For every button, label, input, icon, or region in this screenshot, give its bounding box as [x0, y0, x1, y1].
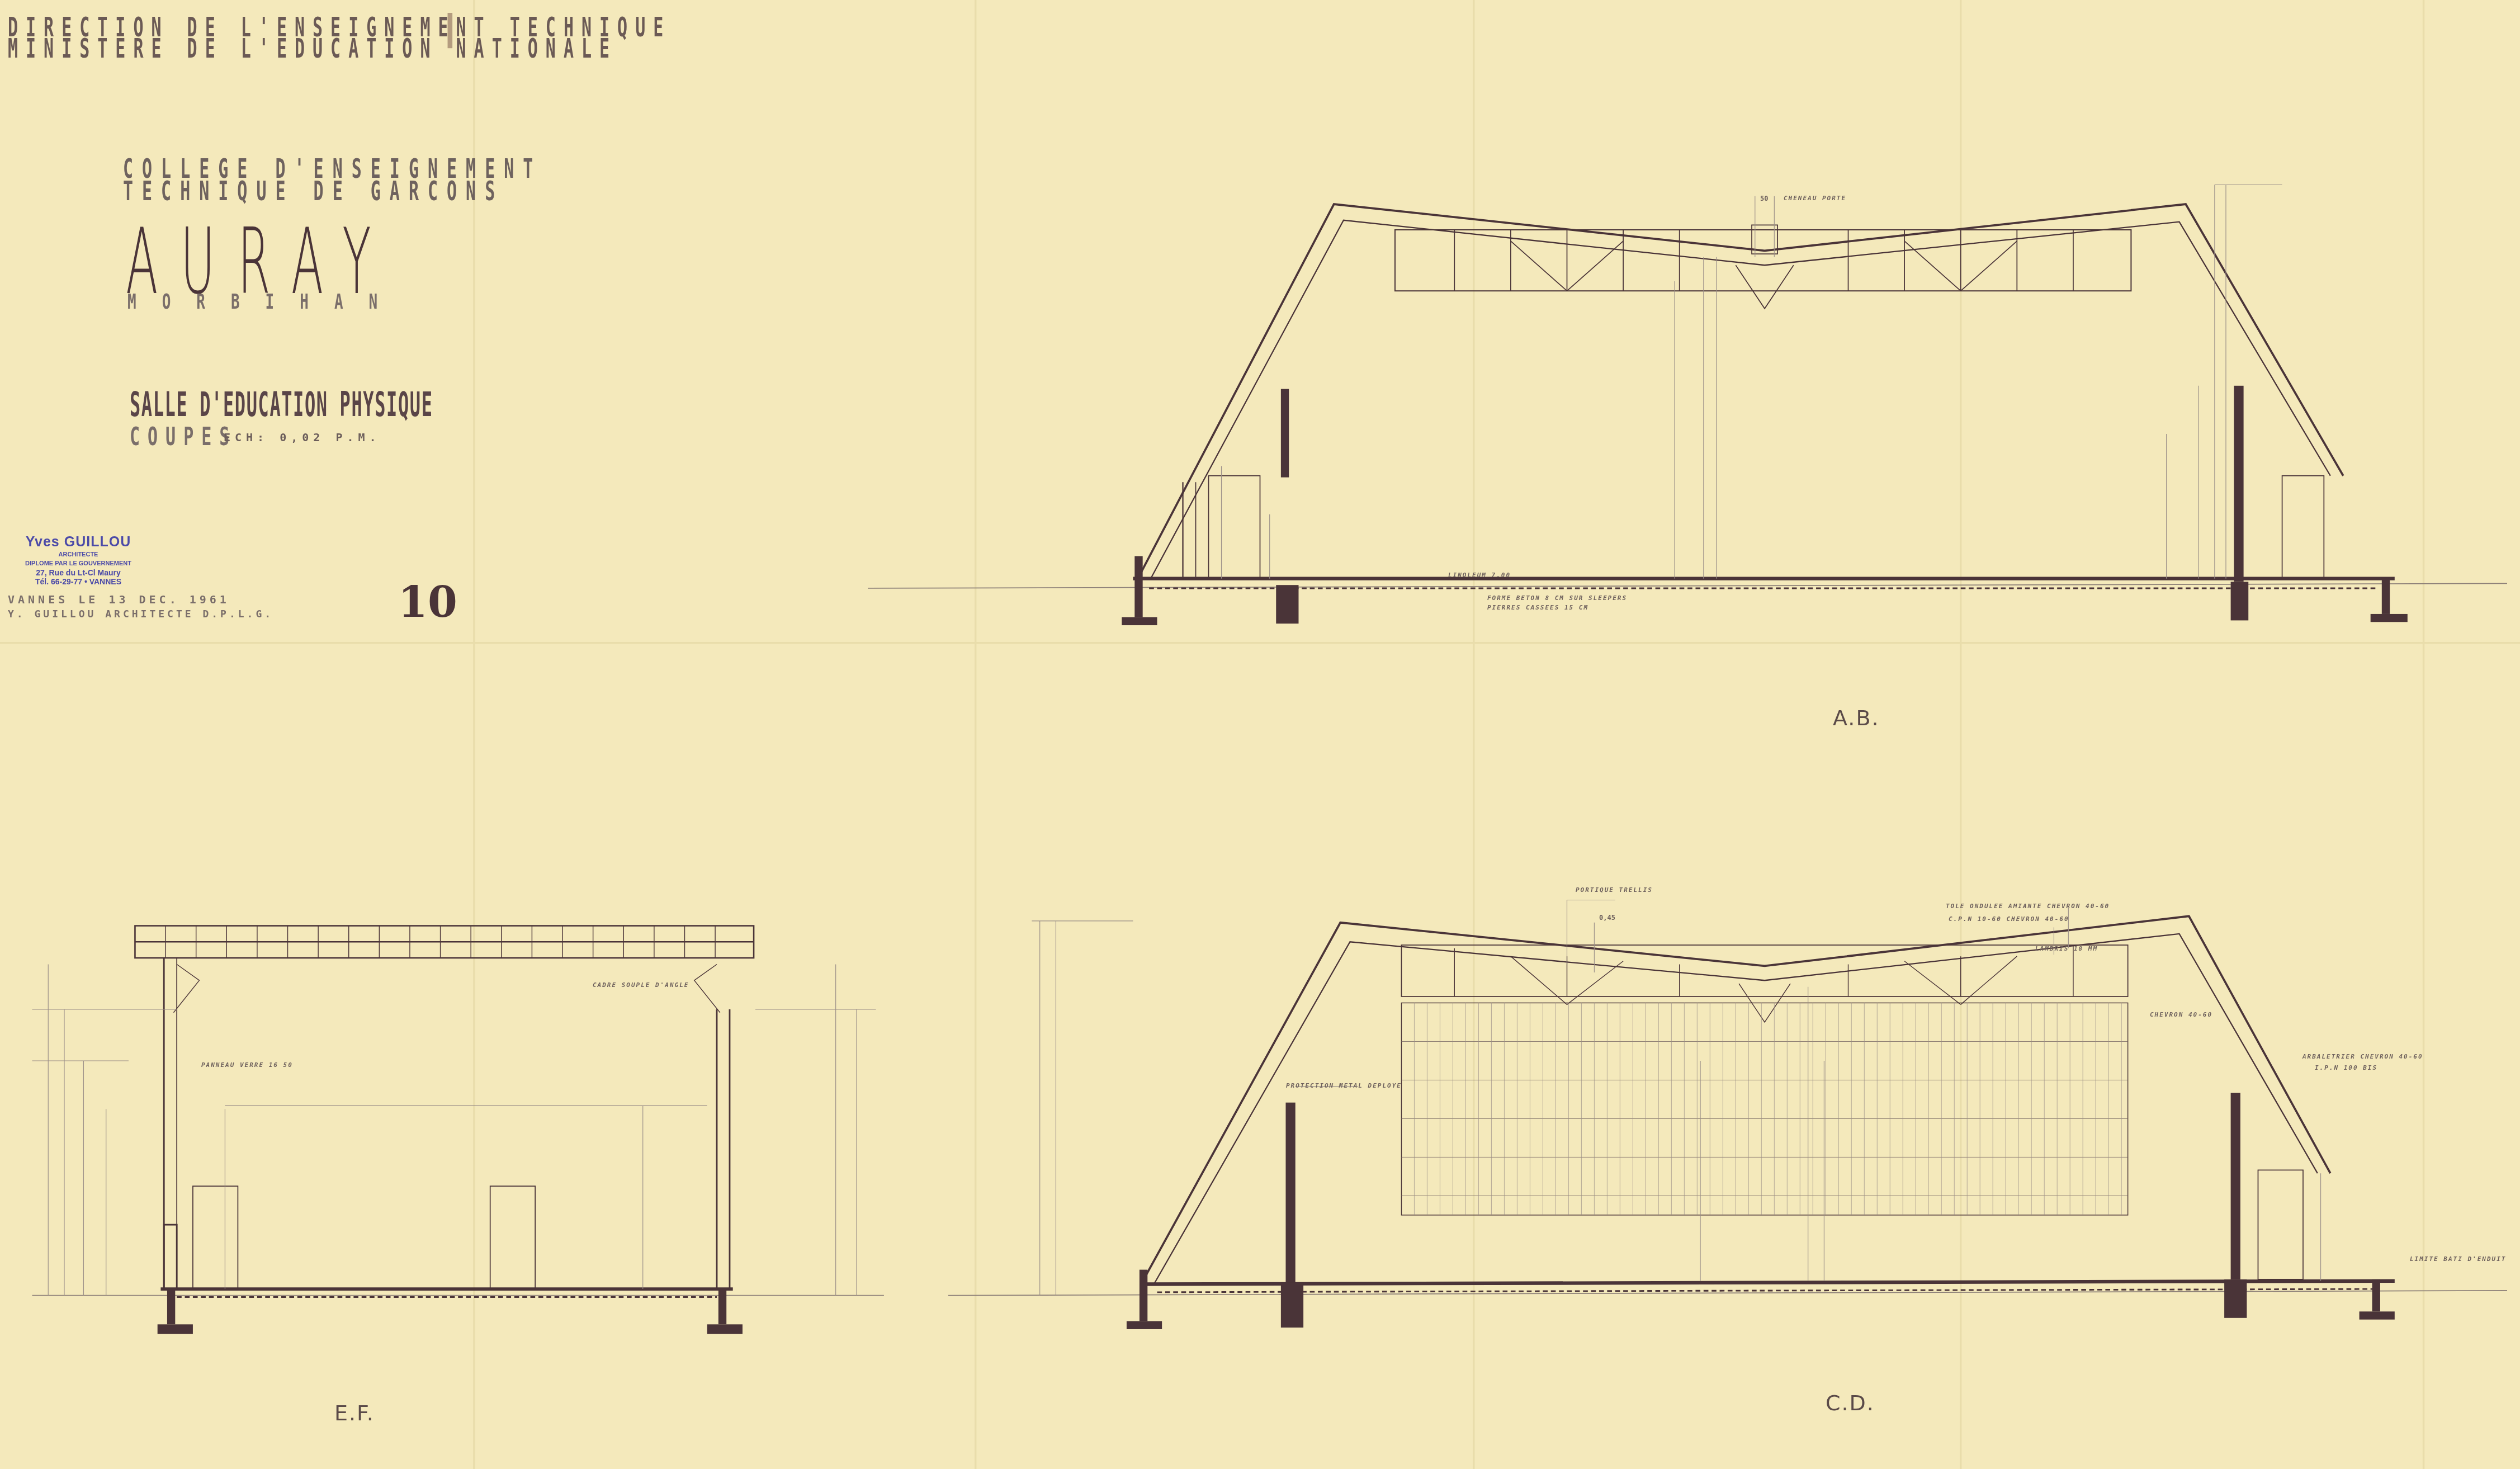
section-label-ab: A.B. [1833, 706, 1880, 730]
note-chevron: CHEVRON 40-60 [2150, 1011, 2212, 1018]
note-brace: CADRE SOUPLE D'ANGLE [593, 981, 689, 989]
architect-stamp: Yves GUILLOU ARCHITECTE DIPLOME PAR LE G… [22, 534, 134, 586]
stamp-name: Yves GUILLOU [22, 534, 134, 550]
note-rafter: ARBALETRIER CHEVRON 40-60 [2302, 1053, 2423, 1060]
drawing-subject: SALLE D'EDUCATION PHYSIQUE [130, 386, 433, 424]
dim-gutter: 50 [1760, 195, 1768, 202]
section-ab [868, 185, 2507, 626]
section-ef [32, 926, 883, 1334]
note-lambris: LAMBRIS 18 MM [2035, 945, 2098, 952]
stamp-phone: Tél. 66-29-77 • VANNES [22, 577, 134, 586]
sheet-number: 10 [398, 577, 457, 627]
note-truss: PORTIQUE TRELLIS [1576, 886, 1653, 894]
note-slab-1: FORME BETON 8 CM SUR SLEEPERS [1487, 594, 1627, 602]
section-label-cd: C.D. [1826, 1391, 1875, 1415]
stamp-address: 27, Rue du Lt-Cl Maury [22, 568, 134, 577]
date-line: VANNES LE 13 DEC. 1961 [8, 593, 230, 606]
stamp-title: ARCHITECTE [22, 550, 134, 559]
note-floor: LINOLEUM 7.00 [1448, 571, 1511, 579]
header-line-2: MINISTERE DE L'EDUCATION NATIONALE [8, 34, 617, 65]
glazing-mullions [1414, 1003, 2121, 1215]
note-protection: PROTECTION METAL DEPLOYE [1286, 1082, 1402, 1089]
stamp-qualification: DIPLOME PAR LE GOUVERNEMENT [22, 559, 134, 568]
note-purlin-b: C.P.N 10-60 CHEVRON 40-60 [1949, 915, 2069, 923]
drawing-scale: ECH: 0,02 P.M. [224, 431, 381, 444]
section-cd [948, 900, 2507, 1329]
note-right-base: LIMITE BATI D'ENDUIT [2410, 1255, 2506, 1263]
signature-line: Y. GUILLOU ARCHITECTE D.P.L.G. [8, 608, 273, 620]
note-slab-2: PIERRES CASSEES 15 CM [1487, 604, 1588, 611]
note-upn: I.P.N 100 BIS [2315, 1064, 2377, 1071]
note-purlin-a: TOLE ONDULEE AMIANTE CHEVRON 40-60 [1946, 903, 2110, 910]
drawing-type: COUPES [130, 422, 237, 452]
note-panel: PANNEAU VERRE 16 50 [201, 1061, 293, 1069]
department: MORBIHAN [127, 291, 403, 314]
section-label-ef: E.F. [334, 1401, 375, 1425]
drawing-sheet: DIRECTION DE L'ENSEIGNEMENT TECHNIQUE MI… [0, 0, 2520, 1469]
dim-truss: 0,45 [1599, 914, 1615, 922]
note-gutter: CHENEAU PORTE [1784, 195, 1846, 202]
school-line-2: TECHNIQUE DE GARCONS [123, 176, 504, 207]
